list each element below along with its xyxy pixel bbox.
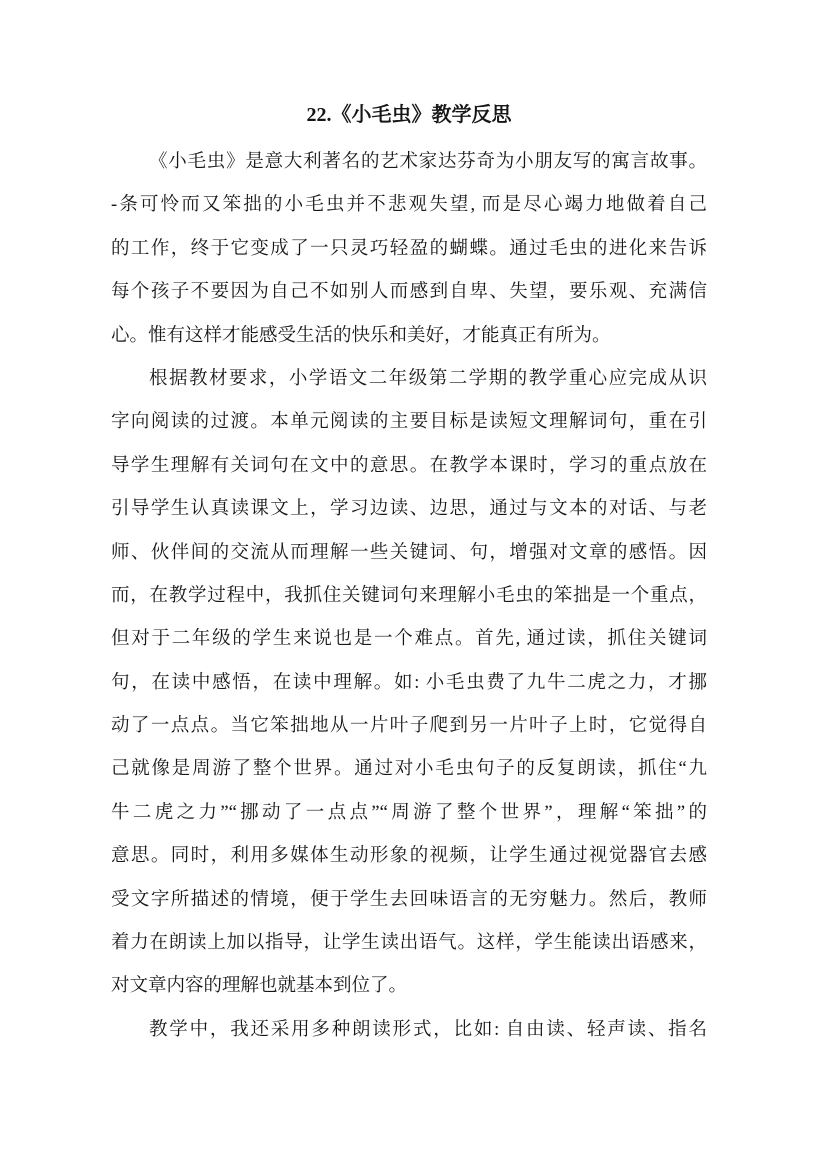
text-line: 句，在读中感悟，在读中理解。如: 小毛虫费了九牛二虎之力，才挪 (111, 662, 707, 705)
text-line: 《小毛虫》是意大利著名的艺术家达芬奇为小朋友写的寓言故事。 (111, 141, 707, 184)
text-line: 的工作，终于它变成了一只灵巧轻盈的蝴蝶。通过毛虫的进化来告诉 (111, 228, 707, 271)
document-page: 22.《小毛虫》教学反思 《小毛虫》是意大利著名的艺术家达芬奇为小朋友写的寓言故… (0, 0, 827, 1169)
text-line: 意思。同时，利用多媒体生动形象的视频，让学生通过视觉器官去感 (111, 835, 707, 878)
document-body: 《小毛虫》是意大利著名的艺术家达芬奇为小朋友写的寓言故事。-条可怜而又笨拙的小毛… (111, 141, 707, 1052)
text-line: 根据教材要求，小学语文二年级第二学期的教学重心应完成从识 (111, 358, 707, 401)
text-line: 受文字所描述的情境，便于学生去回味语言的无穷魅力。然后，教师 (111, 879, 707, 922)
text-line: 而，在教学过程中，我抓住关键词句来理解小毛虫的笨拙是一个重点， (111, 575, 707, 618)
text-line: 牛二虎之力”“挪动了一点点”“周游了整个世界”，理解“笨拙”的 (111, 792, 707, 835)
paragraph: 教学中，我还采用多种朗读形式，比如: 自由读、轻声读、指名 (111, 1009, 707, 1052)
text-line: 对文章内容的理解也就基本到位了。 (111, 965, 707, 1008)
text-line: 着力在朗读上加以指导，让学生读出语气。这样，学生能读出语感来， (111, 922, 707, 965)
text-line: 心。惟有这样才能感受生活的快乐和美好，才能真正有所为。 (111, 315, 707, 358)
paragraph: 根据教材要求，小学语文二年级第二学期的教学重心应完成从识字向阅读的过渡。本单元阅… (111, 358, 707, 1009)
text-line: 师、伙伴间的交流从而理解一些关键词、句，增强对文章的感悟。因 (111, 532, 707, 575)
text-line: 引导学生认真读课文上，学习边读、边思，通过与文本的对话、与老 (111, 488, 707, 531)
text-line: 导学生理解有关词句在文中的意思。在教学本课时，学习的重点放在 (111, 445, 707, 488)
text-line: 动了一点点。当它笨拙地从一片叶子爬到另一片叶子上时，它觉得自 (111, 705, 707, 748)
text-line: 教学中，我还采用多种朗读形式，比如: 自由读、轻声读、指名 (111, 1009, 707, 1052)
text-line: 字向阅读的过渡。本单元阅读的主要目标是读短文理解词句，重在引 (111, 401, 707, 444)
text-line: 每个孩子不要因为自己不如别人而感到自卑、失望，要乐观、充满信 (111, 271, 707, 314)
paragraph: 《小毛虫》是意大利著名的艺术家达芬奇为小朋友写的寓言故事。-条可怜而又笨拙的小毛… (111, 141, 707, 358)
text-line: -条可怜而又笨拙的小毛虫并不悲观失望, 而是尽心竭力地做着自己 (111, 184, 707, 227)
document-title: 22.《小毛虫》教学反思 (111, 100, 707, 131)
text-line: 己就像是周游了整个世界。通过对小毛虫句子的反复朗读，抓住“九 (111, 748, 707, 791)
text-line: 但对于二年级的学生来说也是一个难点。首先, 通过读，抓住关键词 (111, 618, 707, 661)
